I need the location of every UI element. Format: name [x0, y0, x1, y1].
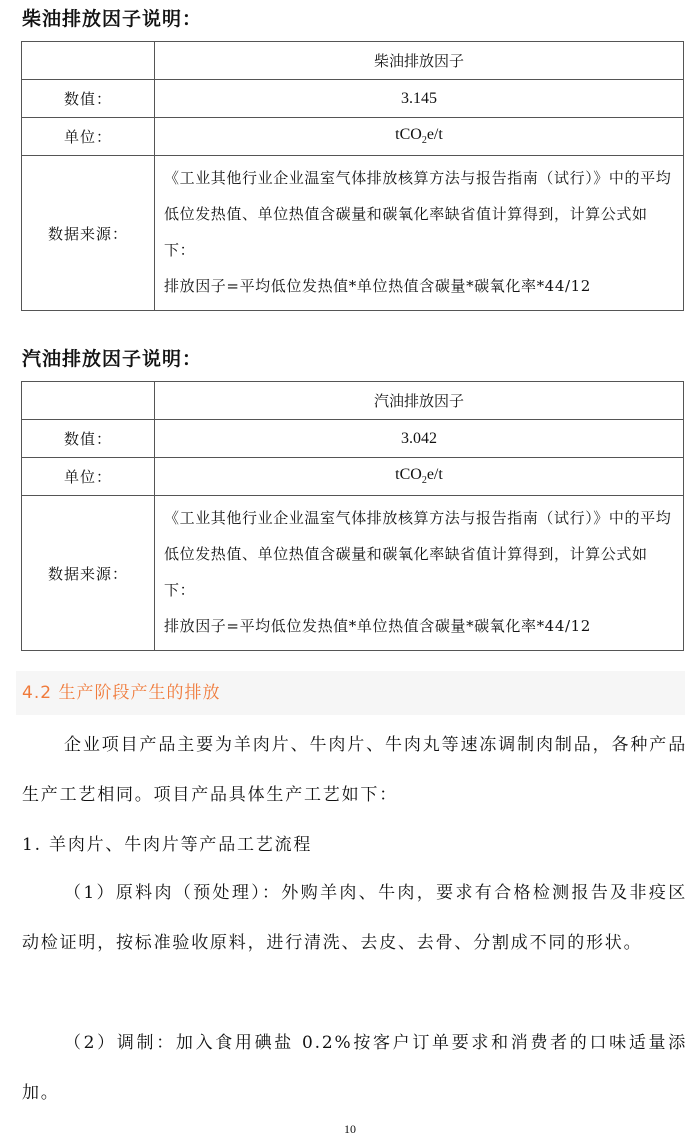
unit-cell: tCO2e/t [155, 458, 684, 496]
table-header: 柴油排放因子 [155, 42, 684, 80]
source-cell: 《工业其他行业企业温室气体排放核算方法与报告指南（试行）》中的平均低位发热值、单… [155, 156, 684, 311]
table-header: 汽油排放因子 [155, 382, 684, 420]
step-1-paragraph: （1）原料肉（预处理）：外购羊肉、牛肉，要求有合格检测报告及非疫区动检证明，按标… [22, 868, 687, 968]
table-corner-cell [22, 382, 155, 420]
formula-text: 排放因子=平均低位发热值*单位热值含碳量*碳氧化率*44/12 [164, 268, 675, 304]
value-cell: 3.042 [155, 420, 684, 458]
diesel-factor-table: 柴油排放因子 数值： 3.145 单位： tCO2e/t 数据来源： 《工业其他… [21, 41, 684, 311]
value-cell: 3.145 [155, 80, 684, 118]
source-text: 《工业其他行业企业温室气体排放核算方法与报告指南（试行）》中的平均低位发热值、单… [164, 500, 675, 608]
gasoline-title: 汽油排放因子说明： [22, 344, 202, 371]
source-text: 《工业其他行业企业温室气体排放核算方法与报告指南（试行）》中的平均低位发热值、单… [164, 160, 675, 268]
source-cell: 《工业其他行业企业温室气体排放核算方法与报告指南（试行）》中的平均低位发热值、单… [155, 496, 684, 651]
unit-label: 单位： [22, 458, 155, 496]
diesel-title: 柴油排放因子说明： [22, 4, 202, 31]
gasoline-factor-table: 汽油排放因子 数值： 3.042 单位： tCO2e/t 数据来源： 《工业其他… [21, 381, 684, 651]
source-label: 数据来源： [22, 496, 155, 651]
page-number: 10 [0, 1122, 700, 1137]
list-item-1: 1. 羊肉片、牛肉片等产品工艺流程 [22, 820, 687, 870]
unit-label: 单位： [22, 118, 155, 156]
value-label: 数值： [22, 80, 155, 118]
value-label: 数值： [22, 420, 155, 458]
step-2-paragraph: （2）调制：加入食用碘盐 0.2%按客户订单要求和消费者的口味适量添加。 [22, 1018, 687, 1118]
unit-cell: tCO2e/t [155, 118, 684, 156]
source-label: 数据来源： [22, 156, 155, 311]
section-heading-4-2: 4.2 生产阶段产生的排放 [16, 671, 685, 715]
table-corner-cell [22, 42, 155, 80]
intro-paragraph: 企业项目产品主要为羊肉片、牛肉片、牛肉丸等速冻调制肉制品，各种产品生产工艺相同。… [22, 720, 687, 820]
formula-text: 排放因子=平均低位发热值*单位热值含碳量*碳氧化率*44/12 [164, 608, 675, 644]
